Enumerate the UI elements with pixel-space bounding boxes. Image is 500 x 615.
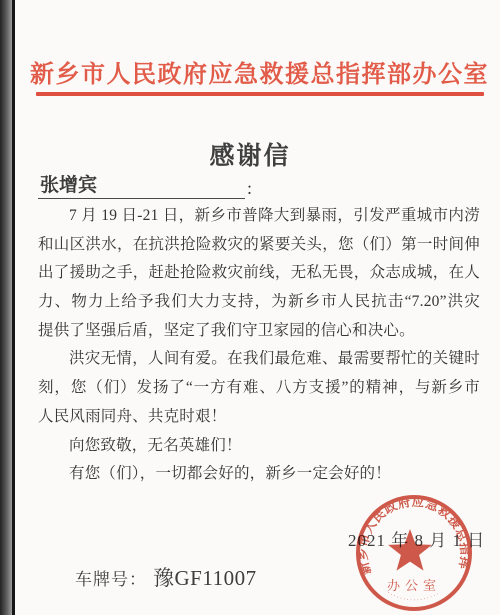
seal-code-marks: ················ — [386, 590, 440, 604]
plate-line: 车牌号： 豫GF11007 — [75, 562, 257, 592]
letter-body: 7 月 19 日-21 日，新乡市普降大到暴雨，引发严重城市内涝和山区洪水，在抗… — [38, 202, 480, 489]
seal-ring — [358, 497, 470, 609]
body-line: 刻，您（们）发扬了“一方有难、八方支援”的精神，与新乡市 — [38, 374, 480, 403]
official-seal: 新乡市人民政府应急救援总指挥部 办公室 ················ — [348, 490, 482, 615]
salutation-colon: : — [245, 178, 252, 199]
letterhead-rule — [36, 92, 484, 96]
svg-text:················: ················ — [386, 590, 440, 604]
scan-edge-shadow — [0, 0, 12, 615]
salutation: 张增宾 : — [38, 170, 252, 199]
salutation-blank-underline — [99, 198, 245, 199]
letter-date: 2021 年 8 月 1 日 — [348, 526, 485, 551]
recipient-name: 张增宾 — [38, 170, 99, 199]
scan-edge-line — [12, 0, 15, 615]
body-line: 有您（们），一切都会好的，新乡一定会好的！ — [38, 460, 480, 489]
body-line: 出了援助之手，赶赴抢险救灾前线，无私无畏，众志成城，在人 — [38, 259, 480, 288]
body-line: 7 月 19 日-21 日，新乡市普降大到暴雨，引发严重城市内涝 — [38, 202, 480, 231]
body-line: 和山区洪水，在抗洪抢险救灾的紧要关头，您（们）第一时间伸 — [38, 231, 480, 260]
plate-label: 车牌号： — [75, 565, 147, 590]
body-line: 力、物力上给予我们大力支持，为新乡市人民抗击“7.20”洪灾 — [38, 288, 480, 317]
body-line: 提供了坚强后盾，坚定了我们守卫家园的信心和决心。 — [38, 317, 480, 346]
letter-title: 感谢信 — [0, 136, 500, 172]
body-line: 人民风雨同舟、共克时艰！ — [38, 403, 480, 432]
body-line: 洪灾无情，人间有爱。在我们最危难、最需要帮忙的关键时 — [38, 345, 480, 374]
seal-center-label: 办公室 — [387, 578, 441, 593]
scanned-letter-page: 新乡市人民政府应急救援总指挥部办公室 感谢信 张增宾 : 7 月 19 日-21… — [0, 0, 500, 615]
body-line: 向您致敬，无名英雄们！ — [38, 432, 480, 461]
plate-number: 豫GF11007 — [147, 562, 257, 592]
letterhead-office-name: 新乡市人民政府应急救援总指挥部办公室 — [30, 54, 486, 89]
